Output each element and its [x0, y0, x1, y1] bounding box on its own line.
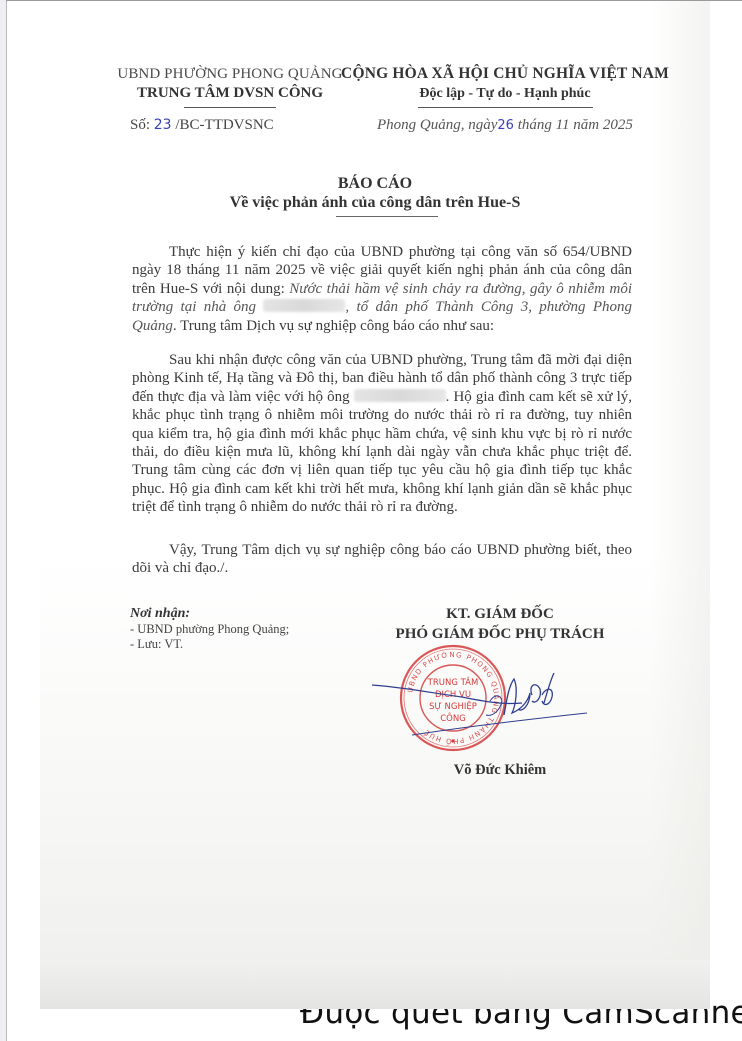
- page-bottom-edge: [40, 960, 710, 1009]
- document-subtitle: Về việc phản ánh của công dân trên Hue-S: [150, 193, 600, 212]
- signer-name: Võ Đức Khiêm: [370, 762, 630, 779]
- document-number: Số: 23 /BC-TTDVSNC: [130, 117, 274, 134]
- redacted-name: [354, 389, 446, 402]
- page-shadow: [650, 1, 710, 1009]
- viewer-left-border: [0, 0, 7, 1041]
- redacted-name: [263, 299, 345, 312]
- recipients-block: Nơi nhận: - UBND phường Phong Quảng; - L…: [130, 605, 289, 652]
- national-header: CỘNG HÒA XÃ HỘI CHỦ NGHĨA VIỆT NAM Độc l…: [340, 64, 670, 108]
- motto-underline: [418, 107, 593, 108]
- paragraph-2: Sau khi nhận được công văn của UBND phườ…: [132, 351, 632, 517]
- handwritten-number: 23: [154, 117, 172, 133]
- handwritten-signature-icon: [372, 665, 592, 745]
- paragraph-3: Vậy, Trung Tâm dịch vụ sự nghiệp công bá…: [132, 541, 632, 578]
- paragraph-1: Thực hiện ý kiến chỉ đạo của UBND phường…: [132, 243, 632, 335]
- handwritten-day: 26: [497, 118, 514, 133]
- national-motto: Độc lập - Tự do - Hạnh phúc: [340, 84, 670, 103]
- agency-name: UBND PHƯỜNG PHONG QUẢNG: [110, 64, 350, 84]
- recipients-heading: Nơi nhận:: [130, 605, 289, 622]
- nation-title: CỘNG HÒA XÃ HỘI CHỦ NGHĨA VIỆT NAM: [340, 64, 670, 84]
- recipient-item: - UBND phường Phong Quảng;: [130, 622, 289, 637]
- recipient-item: - Lưu: VT.: [130, 637, 289, 652]
- signature-title: KT. GIÁM ĐỐC PHÓ GIÁM ĐỐC PHỤ TRÁCH: [370, 604, 630, 644]
- unit-underline: [184, 107, 276, 108]
- document-title: BÁO CÁO: [150, 174, 600, 193]
- title-underline: [336, 216, 438, 217]
- unit-name: TRUNG TÂM DVSN CÔNG: [110, 84, 350, 103]
- place-date: Phong Quảng, ngày26 tháng 11 năm 2025: [377, 117, 633, 134]
- issuer-header: UBND PHƯỜNG PHONG QUẢNG TRUNG TÂM DVSN C…: [110, 64, 350, 108]
